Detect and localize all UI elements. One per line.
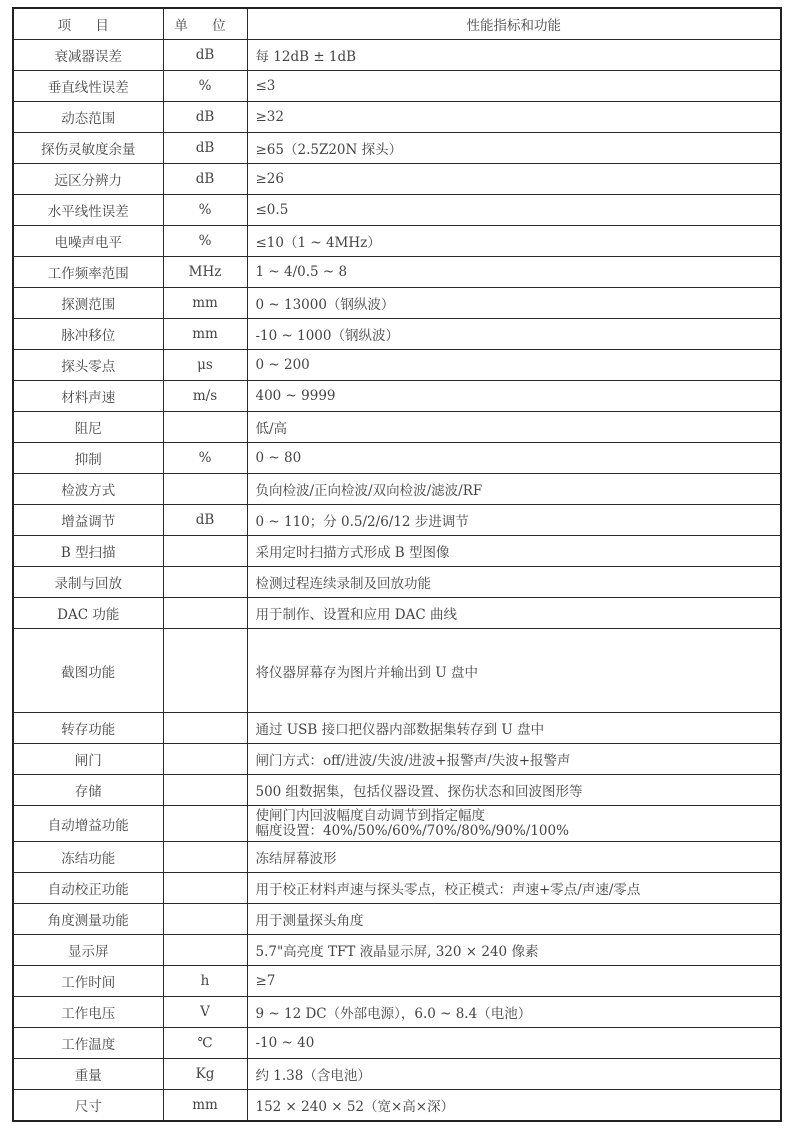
table-row: 垂直线性误差%≤3 [13, 71, 781, 102]
cell-item: DAC 功能 [13, 598, 163, 629]
cell-unit: MHz [163, 257, 247, 288]
cell-spec: ≤10（1 ~ 4MHz） [247, 226, 781, 257]
cell-item: 抑制 [13, 443, 163, 474]
table-row: 闸门闸门方式：off/进波/失波/进波+报警声/失波+报警声 [13, 744, 781, 775]
cell-spec: 152 × 240 × 52（宽×高×深） [247, 1090, 781, 1122]
cell-item: 角度测量功能 [13, 904, 163, 935]
cell-unit [163, 474, 247, 505]
cell-spec: 每 12dB ± 1dB [247, 40, 781, 71]
cell-item: 阻尼 [13, 412, 163, 443]
cell-spec: 低/高 [247, 412, 781, 443]
cell-item: 重量 [13, 1059, 163, 1090]
spec-table: 项 目 单 位 性能指标和功能 衰减器误差dB每 12dB ± 1dB垂直线性误… [12, 7, 782, 1122]
cell-item: B 型扫描 [13, 536, 163, 567]
cell-item: 转存功能 [13, 713, 163, 744]
cell-unit [163, 775, 247, 806]
cell-spec: 用于校正材料声速与探头零点，校正模式：声速+零点/声速/零点 [247, 873, 781, 904]
cell-item: 工作频率范围 [13, 257, 163, 288]
cell-unit [163, 713, 247, 744]
cell-item: 自动校正功能 [13, 873, 163, 904]
cell-unit [163, 598, 247, 629]
cell-spec: 冻结屏幕波形 [247, 842, 781, 873]
cell-item: 录制与回放 [13, 567, 163, 598]
cell-item: 自动增益功能 [13, 806, 163, 842]
cell-unit: % [163, 226, 247, 257]
table-header-row: 项 目 单 位 性能指标和功能 [13, 8, 781, 40]
cell-unit: dB [163, 40, 247, 71]
cell-item: 脉冲移位 [13, 319, 163, 350]
table-row: 阻尼低/高 [13, 412, 781, 443]
cell-item: 工作电压 [13, 997, 163, 1028]
cell-item: 尺寸 [13, 1090, 163, 1122]
cell-spec-line: 幅度设置：40%/50%/60%/70%/80%/90%/100% [256, 824, 773, 839]
table-row: 增益调节dB0 ~ 110；分 0.5/2/6/12 步进调节 [13, 505, 781, 536]
cell-item: 材料声速 [13, 381, 163, 412]
cell-spec: ≥65（2.5Z20N 探头） [247, 133, 781, 164]
table-row: 工作电压V9 ~ 12 DC（外部电源），6.0 ~ 8.4（电池） [13, 997, 781, 1028]
cell-spec: 500 组数据集，包括仪器设置、探伤状态和回波图形等 [247, 775, 781, 806]
table-row: DAC 功能用于制作、设置和应用 DAC 曲线 [13, 598, 781, 629]
cell-item: 垂直线性误差 [13, 71, 163, 102]
cell-spec: ≥7 [247, 966, 781, 997]
cell-unit: % [163, 71, 247, 102]
header-unit: 单 位 [163, 8, 247, 40]
cell-item: 工作温度 [13, 1028, 163, 1059]
cell-spec: 0 ~ 13000（钢纵波） [247, 288, 781, 319]
cell-spec: 0 ~ 200 [247, 350, 781, 381]
cell-unit [163, 873, 247, 904]
table-row: 自动校正功能用于校正材料声速与探头零点，校正模式：声速+零点/声速/零点 [13, 873, 781, 904]
cell-unit [163, 744, 247, 775]
cell-unit [163, 935, 247, 966]
cell-item: 动态范围 [13, 102, 163, 133]
cell-spec: 1 ~ 4/0.5 ~ 8 [247, 257, 781, 288]
table-row: 角度测量功能用于测量探头角度 [13, 904, 781, 935]
cell-item: 探伤灵敏度余量 [13, 133, 163, 164]
table-row: 远区分辨力dB≥26 [13, 164, 781, 195]
cell-spec-line: 使闸门内回波幅度自动调节到指定幅度 [256, 809, 773, 824]
table-row: 动态范围dB≥32 [13, 102, 781, 133]
table-row: 尺寸mm152 × 240 × 52（宽×高×深） [13, 1090, 781, 1122]
cell-unit [163, 567, 247, 598]
cell-spec: 负向检波/正向检波/双向检波/滤波/RF [247, 474, 781, 505]
table-row: 探伤灵敏度余量dB≥65（2.5Z20N 探头） [13, 133, 781, 164]
table-row: 工作温度℃-10 ~ 40 [13, 1028, 781, 1059]
cell-item: 冻结功能 [13, 842, 163, 873]
cell-spec: 用于制作、设置和应用 DAC 曲线 [247, 598, 781, 629]
cell-spec: 通过 USB 接口把仪器内部数据集转存到 U 盘中 [247, 713, 781, 744]
cell-unit: dB [163, 102, 247, 133]
cell-unit: μs [163, 350, 247, 381]
table-row: 录制与回放检测过程连续录制及回放功能 [13, 567, 781, 598]
table-row: 工作时间h≥7 [13, 966, 781, 997]
cell-spec: 闸门方式：off/进波/失波/进波+报警声/失波+报警声 [247, 744, 781, 775]
cell-spec: 5.7"高亮度 TFT 液晶显示屏, 320 × 240 像素 [247, 935, 781, 966]
cell-unit [163, 536, 247, 567]
cell-item: 闸门 [13, 744, 163, 775]
cell-unit [163, 629, 247, 713]
cell-unit: mm [163, 288, 247, 319]
header-item: 项 目 [13, 8, 163, 40]
cell-unit: dB [163, 164, 247, 195]
cell-spec: 用于测量探头角度 [247, 904, 781, 935]
cell-spec: 0 ~ 110；分 0.5/2/6/12 步进调节 [247, 505, 781, 536]
table-row: 自动增益功能使闸门内回波幅度自动调节到指定幅度幅度设置：40%/50%/60%/… [13, 806, 781, 842]
cell-unit: dB [163, 505, 247, 536]
cell-unit: Kg [163, 1059, 247, 1090]
cell-spec: 约 1.38（含电池） [247, 1059, 781, 1090]
cell-spec: 0 ~ 80 [247, 443, 781, 474]
cell-item: 截图功能 [13, 629, 163, 713]
table-row: 截图功能将仪器屏幕存为图片并输出到 U 盘中 [13, 629, 781, 713]
cell-unit [163, 806, 247, 842]
cell-item: 探测范围 [13, 288, 163, 319]
table-row: 重量Kg约 1.38（含电池） [13, 1059, 781, 1090]
cell-unit: dB [163, 133, 247, 164]
table-row: 电噪声电平%≤10（1 ~ 4MHz） [13, 226, 781, 257]
cell-unit: mm [163, 1090, 247, 1122]
cell-unit: % [163, 443, 247, 474]
cell-spec: ≤3 [247, 71, 781, 102]
table-row: 冻结功能冻结屏幕波形 [13, 842, 781, 873]
table-row: 显示屏5.7"高亮度 TFT 液晶显示屏, 320 × 240 像素 [13, 935, 781, 966]
cell-item: 探头零点 [13, 350, 163, 381]
cell-item: 电噪声电平 [13, 226, 163, 257]
cell-item: 水平线性误差 [13, 195, 163, 226]
cell-unit: ℃ [163, 1028, 247, 1059]
cell-unit [163, 842, 247, 873]
table-row: 衰减器误差dB每 12dB ± 1dB [13, 40, 781, 71]
table-row: 抑制%0 ~ 80 [13, 443, 781, 474]
cell-unit [163, 412, 247, 443]
table-row: 转存功能通过 USB 接口把仪器内部数据集转存到 U 盘中 [13, 713, 781, 744]
cell-spec: ≥32 [247, 102, 781, 133]
table-row: 材料声速m/s400 ~ 9999 [13, 381, 781, 412]
cell-spec: 9 ~ 12 DC（外部电源），6.0 ~ 8.4（电池） [247, 997, 781, 1028]
cell-item: 工作时间 [13, 966, 163, 997]
table-row: B 型扫描采用定时扫描方式形成 B 型图像 [13, 536, 781, 567]
table-row: 探测范围mm0 ~ 13000（钢纵波） [13, 288, 781, 319]
cell-spec: 采用定时扫描方式形成 B 型图像 [247, 536, 781, 567]
cell-spec: ≤0.5 [247, 195, 781, 226]
header-spec: 性能指标和功能 [247, 8, 781, 40]
table-row: 工作频率范围MHz1 ~ 4/0.5 ~ 8 [13, 257, 781, 288]
cell-spec: -10 ~ 1000（钢纵波） [247, 319, 781, 350]
table-row: 存储500 组数据集，包括仪器设置、探伤状态和回波图形等 [13, 775, 781, 806]
cell-item: 衰减器误差 [13, 40, 163, 71]
cell-spec: 将仪器屏幕存为图片并输出到 U 盘中 [247, 629, 781, 713]
cell-item: 显示屏 [13, 935, 163, 966]
cell-unit: % [163, 195, 247, 226]
cell-unit [163, 904, 247, 935]
table-row: 检波方式负向检波/正向检波/双向检波/滤波/RF [13, 474, 781, 505]
cell-unit: mm [163, 319, 247, 350]
cell-unit: h [163, 966, 247, 997]
cell-spec: 检测过程连续录制及回放功能 [247, 567, 781, 598]
cell-spec: ≥26 [247, 164, 781, 195]
cell-item: 远区分辨力 [13, 164, 163, 195]
cell-spec: 使闸门内回波幅度自动调节到指定幅度幅度设置：40%/50%/60%/70%/80… [247, 806, 781, 842]
cell-item: 增益调节 [13, 505, 163, 536]
table-row: 水平线性误差%≤0.5 [13, 195, 781, 226]
cell-unit: V [163, 997, 247, 1028]
cell-item: 存储 [13, 775, 163, 806]
cell-unit: m/s [163, 381, 247, 412]
cell-item: 检波方式 [13, 474, 163, 505]
cell-spec: 400 ~ 9999 [247, 381, 781, 412]
table-row: 探头零点μs0 ~ 200 [13, 350, 781, 381]
table-row: 脉冲移位mm-10 ~ 1000（钢纵波） [13, 319, 781, 350]
table-body: 衰减器误差dB每 12dB ± 1dB垂直线性误差%≤3动态范围dB≥32探伤灵… [13, 40, 781, 1122]
cell-spec: -10 ~ 40 [247, 1028, 781, 1059]
